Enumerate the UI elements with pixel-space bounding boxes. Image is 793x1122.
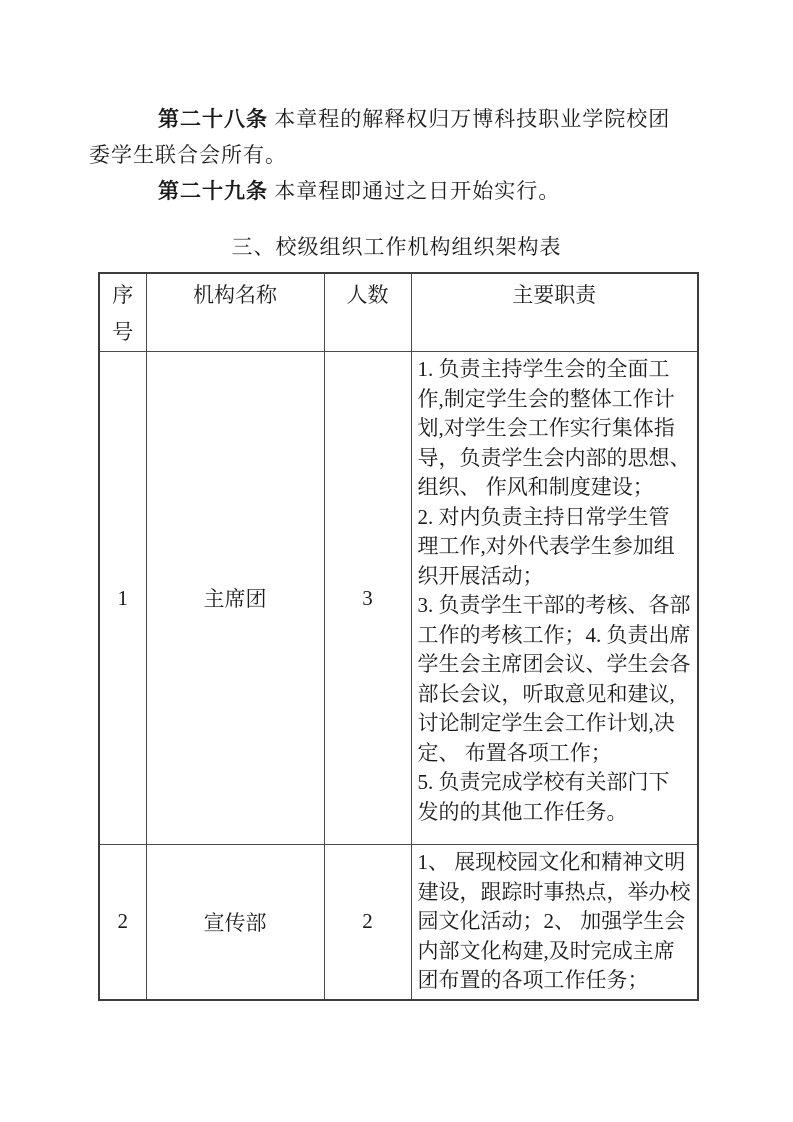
table-row: 2 宣传部 2 1、 展现校园文化和精神文明 建设，跟踪时事热点，举办校 园文化… [99,845,698,1000]
org-name: 主席团 [146,352,324,845]
article-28-term: 第二十八条 [158,107,268,131]
member-count: 2 [324,845,411,1000]
row-index: 2 [99,845,146,1000]
org-name: 宣传部 [146,845,324,1000]
org-duties: 1. 负责主持学生会的全面工 作,制定学生会的整体工作计 划,对学生会工作实行集… [411,352,698,845]
member-count: 3 [324,352,411,845]
table-header-row: 序 号 机构名称 人数 主要职责 [99,273,698,352]
org-structure-table: 序 号 机构名称 人数 主要职责 1 主席团 3 1. 负责主持学生会的全面工 … [98,272,699,1001]
section-title: 三、校级组织工作机构组织架构表 [0,233,793,261]
article-29-text: 本章程即通过之日开始实行。 [268,179,560,203]
row-index: 1 [99,352,146,845]
col-header-index: 序 号 [99,273,146,352]
col-header-org-name: 机构名称 [146,273,324,352]
table-row: 1 主席团 3 1. 负责主持学生会的全面工 作,制定学生会的整体工作计 划,对… [99,352,698,845]
article-29-paragraph: 第二十九条 本章程即通过之日开始实行。 [89,173,705,209]
col-header-duties: 主要职责 [411,273,698,352]
article-28-paragraph: 第二十八条 本章程的解释权归万博科技职业学院校团 委学生联合会所有。 [89,101,705,173]
article-29-term: 第二十九条 [158,179,268,203]
col-header-count: 人数 [324,273,411,352]
document-page: 第二十八条 本章程的解释权归万博科技职业学院校团 委学生联合会所有。 第二十九条… [0,0,793,1122]
org-duties: 1、 展现校园文化和精神文明 建设，跟踪时事热点，举办校 园文化活动；2、 加强… [411,845,698,1000]
